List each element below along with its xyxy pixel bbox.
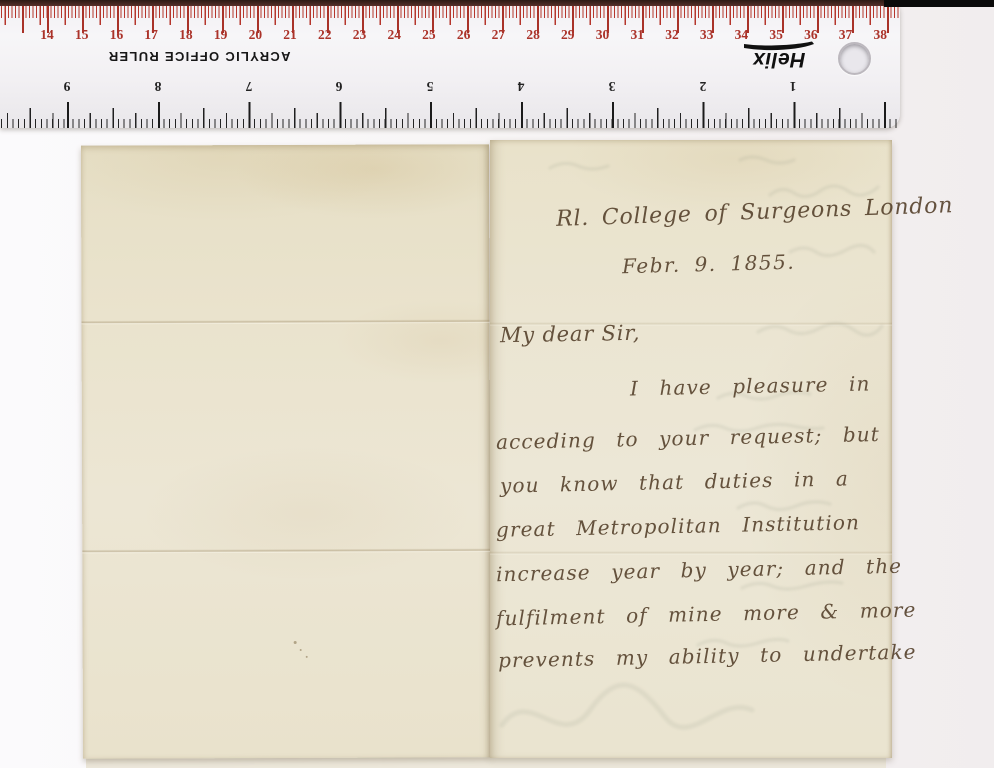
ruler-brand-label: ACRYLIC OFFICE RULER (92, 49, 306, 64)
ruler-inch-number: 6 (336, 78, 343, 94)
letter-body-line: I have pleasure in (630, 371, 871, 400)
letter-left-page (81, 144, 491, 758)
ruler-cm-number: 19 (214, 27, 228, 43)
ruler-cm-number: 14 (40, 27, 54, 43)
helix-logo: Helix (736, 28, 822, 70)
ruler-cm-number: 32 (665, 27, 679, 43)
ruler-hole (838, 42, 871, 75)
ruler-inch-number: 5 (427, 78, 434, 94)
ruler-inch-number: 7 (245, 78, 252, 94)
ruler-cm-number: 31 (630, 27, 644, 43)
ruler-cm-number: 27 (492, 27, 506, 43)
ruler-cm-number: 22 (318, 27, 332, 43)
ruler-cm-number: 26 (457, 27, 471, 43)
letter-date: Febr. 9. 1855. (622, 250, 796, 279)
ruler: 1415161718192021222324252627282930313233… (0, 0, 900, 128)
ruler-cm-number: 17 (144, 27, 158, 43)
ruler-cm-number: 21 (283, 27, 297, 43)
ink-speck (306, 656, 308, 658)
helix-swoosh-icon (742, 41, 816, 51)
fold-crease (82, 548, 490, 553)
ruler-cm-number: 23 (353, 27, 367, 43)
ruler-cm-number: 37 (839, 27, 853, 43)
ruler-cm-number: 24 (387, 27, 401, 43)
ruler-cm-number: 30 (596, 27, 610, 43)
ruler-cm-number: 25 (422, 27, 436, 43)
ruler-cm-number: 29 (561, 27, 575, 43)
ruler-inch-number: 9 (64, 78, 71, 94)
letter-salutation: My dear Sir, (500, 321, 641, 347)
ruler-inch-number: 2 (699, 78, 706, 94)
scanned-letter-with-ruler: 1415161718192021222324252627282930313233… (0, 0, 994, 768)
ruler-inch-number: 8 (154, 78, 161, 94)
ink-speck (294, 641, 297, 644)
ruler-cm-number: 38 (874, 27, 888, 43)
ruler-inch-number: 3 (608, 78, 615, 94)
letter-right-page: Rl. College of Surgeons London Febr. 9. … (490, 140, 892, 758)
ruler-cm-number: 33 (700, 27, 714, 43)
ruler-cm-number: 20 (249, 27, 263, 43)
ruler-inch-number: 4 (518, 78, 525, 94)
helix-brand-text: Helix (753, 49, 806, 70)
ruler-cm-number: 28 (526, 27, 540, 43)
ruler-inch-ticks (0, 102, 900, 128)
fold-crease (82, 319, 490, 324)
ghost-signature (502, 685, 752, 727)
scanner-bed-edge (884, 0, 994, 7)
ruler-cm-number: 18 (179, 27, 193, 43)
ruler-cm-number: 16 (110, 27, 124, 43)
ruler-inch-number: 1 (790, 78, 797, 94)
ruler-cm-number: 15 (75, 27, 89, 43)
ink-speck (300, 649, 302, 651)
